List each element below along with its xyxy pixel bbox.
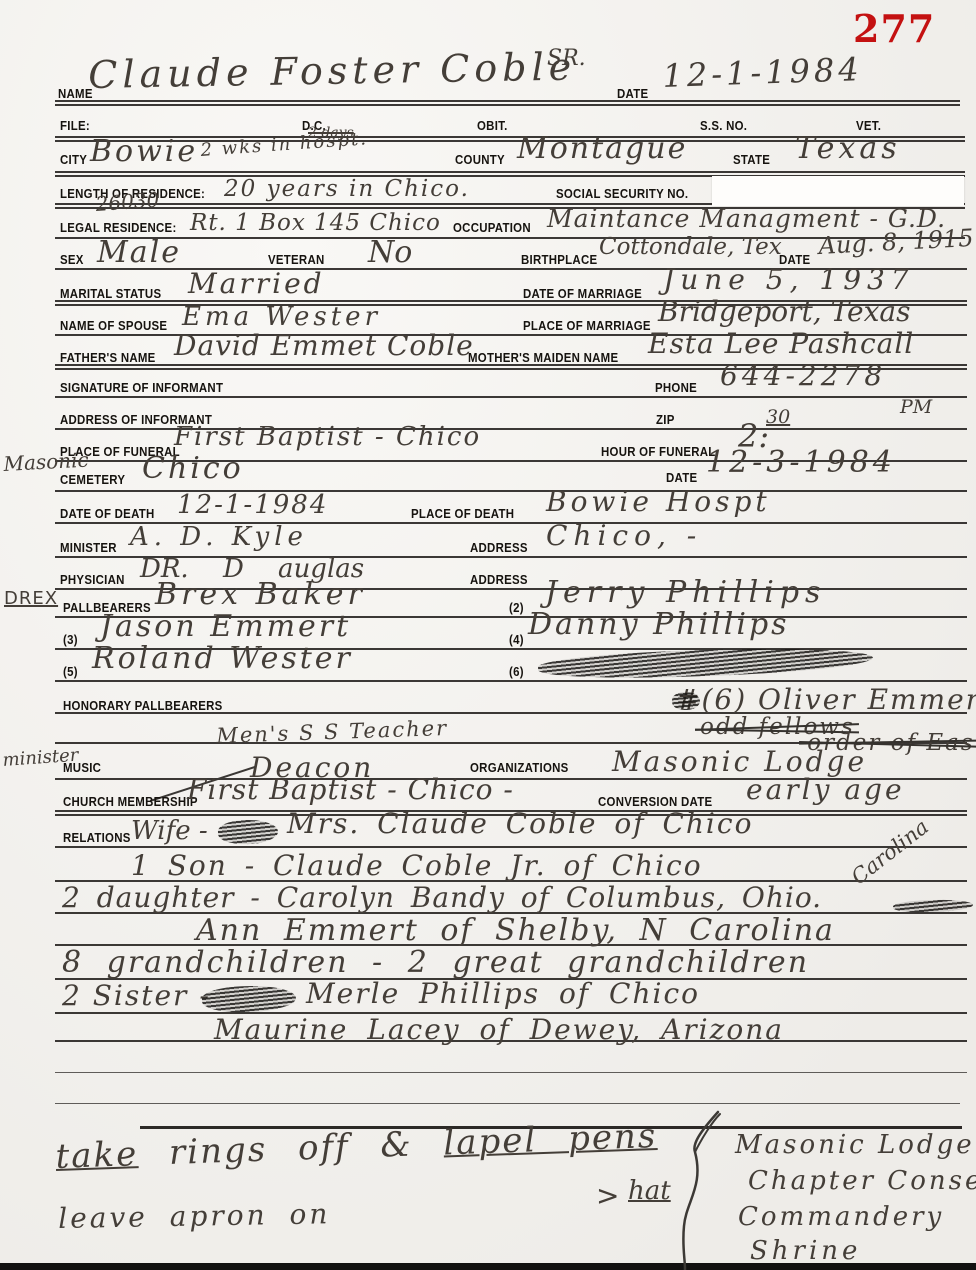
honorary-note: #(6) Oliver Emmert xyxy=(676,686,976,714)
physician-label: PHYSICIAN xyxy=(60,572,125,587)
pallbearer-margin-correction: DREX xyxy=(4,590,58,608)
relations-line-grandchildren: 8 grandchildren - 2 great grandchildren xyxy=(62,948,809,978)
rule xyxy=(55,1103,960,1104)
rule xyxy=(55,1072,967,1073)
church-membership-label: CHURCH MEMBERSHIP xyxy=(63,794,198,809)
church-membership-value: First Baptist - Chico - xyxy=(187,776,514,804)
minister-value: A. D. Kyle xyxy=(130,524,308,550)
bottom-org-4: Shrine xyxy=(750,1238,861,1264)
pallbearer-5: Roland Wester xyxy=(92,644,353,674)
relations-sister-rest: Merle Phillips of Chico xyxy=(306,980,700,1008)
bottom-org-3: Commandery xyxy=(738,1204,944,1230)
pallbearer-4: Danny Phillips xyxy=(528,610,790,640)
birthplace-label: BIRTHPLACE xyxy=(521,252,597,267)
organizations-value: Masonic Lodge xyxy=(612,748,867,776)
spouse-label: NAME OF SPOUSE xyxy=(60,318,167,333)
mother-maiden-name-label: MOTHER'S MAIDEN NAME xyxy=(468,350,618,365)
veteran-label: VETERAN xyxy=(268,252,325,267)
pallbearer-2-label: (2) xyxy=(509,600,524,615)
state-value: Texas xyxy=(795,134,901,164)
carolina-margin-note: Carolina xyxy=(848,816,932,888)
date-label: DATE xyxy=(617,86,648,101)
honorary-pallbearers-label: HONORARY PALLBEARERS xyxy=(63,698,223,713)
pallbearer-1: Brex Baker xyxy=(155,580,366,610)
state-label: STATE xyxy=(733,152,770,167)
page-number: 277 xyxy=(853,6,935,51)
phone-value: 644-2278 xyxy=(720,362,886,390)
wife-scribble xyxy=(218,819,279,845)
bottom-org-2: Chapter Consel xyxy=(748,1168,976,1194)
county-value: Montague xyxy=(517,134,687,164)
relations-line-maurine: Maurine Lacey of Dewey, Arizona xyxy=(214,1016,784,1044)
marriage-place-label: PLACE OF MARRIAGE xyxy=(523,318,651,333)
legal-residence-value: Rt. 1 Box 145 Chico xyxy=(190,212,441,235)
occupation-value: Maintance Managment - G.D. xyxy=(547,206,946,231)
legal-residence-label: LEGAL RESIDENCE: xyxy=(60,220,177,235)
pallbearer-5-label: (5) xyxy=(63,664,78,679)
sister-scribble xyxy=(202,984,297,1013)
death-place-value: Bowie Hospt xyxy=(546,488,771,516)
relations-line-ann: Ann Emmert of Shelby, N Carolina xyxy=(196,916,835,946)
pallbearer-3: Jason Emmert xyxy=(100,612,351,642)
rule xyxy=(55,680,967,682)
informant-signature-label: SIGNATURE OF INFORMANT xyxy=(60,380,223,395)
sex-label: SEX xyxy=(60,252,84,267)
relations-line-son: 1 Son - Claude Coble Jr. of Chico xyxy=(131,852,703,880)
funeral-place-value: First Baptist - Chico xyxy=(174,424,481,450)
relations-sister-prefix: 2 Sister - xyxy=(62,982,211,1010)
relations-label: RELATIONS xyxy=(63,830,131,845)
funeral-hour-minutes: 30 xyxy=(766,408,790,427)
cemetery-label: CEMETERY xyxy=(60,472,125,487)
county-label: COUNTY xyxy=(455,152,505,167)
death-date-label: DATE OF DEATH xyxy=(60,506,155,521)
relations-line-daughter: 2 daughter - Carolyn Bandy of Columbus, … xyxy=(62,884,822,912)
ssn-redaction-box xyxy=(712,176,964,206)
name-value: Claude Foster Coble xyxy=(88,47,576,94)
mother-maiden-name-value: Esta Lee Pashcall xyxy=(648,330,914,358)
music-label: MUSIC xyxy=(63,760,101,775)
spouse-value: Ema Wester xyxy=(182,304,381,330)
physician-address-label: ADDRESS xyxy=(470,572,528,587)
death-date-value: 12-1-1984 xyxy=(177,492,328,518)
city-label: CITY xyxy=(60,152,87,167)
bottom-org-1: Masonic Lodge xyxy=(735,1132,975,1158)
bottom-note-apron: leave apron on xyxy=(58,1200,331,1233)
date-value: 12-1-1984 xyxy=(662,53,863,92)
cemetery-margin-note: Masonic xyxy=(3,450,89,474)
funeral-hour-label: HOUR OF FUNERAL xyxy=(601,444,716,459)
burial-date-value: 12-3-1984 xyxy=(706,448,896,478)
death-place-label: PLACE OF DEATH xyxy=(411,506,514,521)
father-name-label: FATHER'S NAME xyxy=(60,350,156,365)
occupation-label: OCCUPATION xyxy=(453,220,531,235)
marital-status-value: Married xyxy=(188,270,325,298)
minister-label: MINISTER xyxy=(60,540,117,555)
pallbearer-6-label: (6) xyxy=(509,664,524,679)
pallbearer-4-label: (4) xyxy=(509,632,524,647)
scanned-funeral-record-page: 277 NAME Claude Foster Coble SR. DATE 12… xyxy=(0,0,976,1270)
pallbearer-3-label: (3) xyxy=(63,632,78,647)
marriage-date-label: DATE OF MARRIAGE xyxy=(523,286,642,301)
minister-address-label: ADDRESS xyxy=(470,540,528,555)
sex-value: Male xyxy=(97,238,181,268)
rule xyxy=(55,396,967,398)
zip-label: ZIP xyxy=(656,412,675,427)
marital-status-label: MARITAL STATUS xyxy=(60,286,161,301)
residence-value: 20 years in Chico. xyxy=(224,178,470,201)
file-number: 26030 xyxy=(95,190,160,214)
hour-ampm-note: PM xyxy=(900,398,932,417)
name-label: NAME xyxy=(58,86,93,101)
arrow-glyph: > xyxy=(596,1182,619,1210)
birthdate-value: Aug. 8, 1915 xyxy=(818,226,974,258)
burial-date-label: DATE xyxy=(666,470,697,485)
pallbearer-2: Jerry Phillips xyxy=(545,578,826,608)
ssno-label: S.S. NO. xyxy=(700,118,747,133)
relations-wife-prefix: Wife - xyxy=(131,818,208,844)
rule xyxy=(55,846,967,848)
veteran-value: No xyxy=(368,238,412,268)
marriage-date-value: June 5, 1937 xyxy=(663,266,915,294)
father-name-value: David Emmet Coble xyxy=(174,332,474,360)
obit-label: OBIT. xyxy=(477,118,508,133)
ssn-label: SOCIAL SECURITY NO. xyxy=(556,186,688,201)
rule xyxy=(55,171,965,173)
minister-address-value: Chico, - xyxy=(546,522,702,550)
relations-wife-rest: Mrs. Claude Coble of Chico xyxy=(287,810,753,838)
file-label: FILE: xyxy=(60,118,90,133)
conversion-date-value: early age xyxy=(746,776,905,804)
birthplace-value: Cottondale, Tex xyxy=(599,236,782,259)
rule xyxy=(55,104,960,106)
phone-label: PHONE xyxy=(655,380,697,395)
rule xyxy=(55,100,960,102)
marriage-place-value: Bridgeport, Texas xyxy=(658,298,910,326)
city-value: Bowie xyxy=(90,137,198,167)
name-suffix: SR. xyxy=(547,48,586,70)
cemetery-value: Chico xyxy=(142,454,244,484)
city-hospital-note: 2 wks in hospt. xyxy=(200,130,369,160)
